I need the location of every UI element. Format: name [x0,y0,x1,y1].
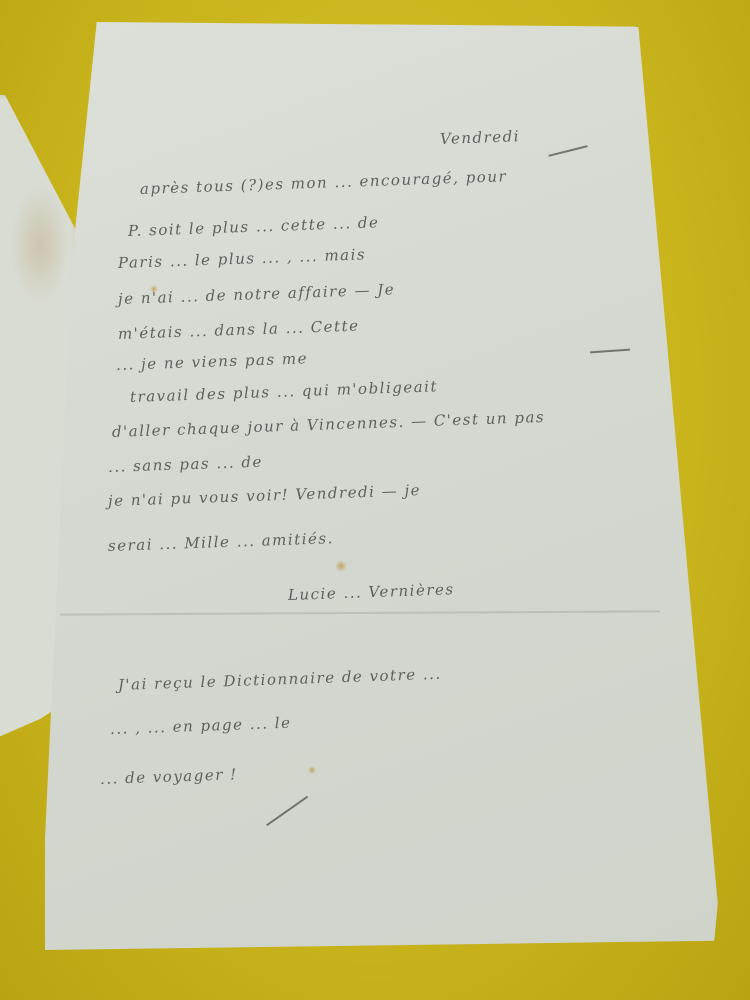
paper-stain [308,766,316,774]
paper-stain [335,560,347,572]
letter-heading-day: Vendredi [440,127,521,148]
paper-stain [10,185,70,305]
